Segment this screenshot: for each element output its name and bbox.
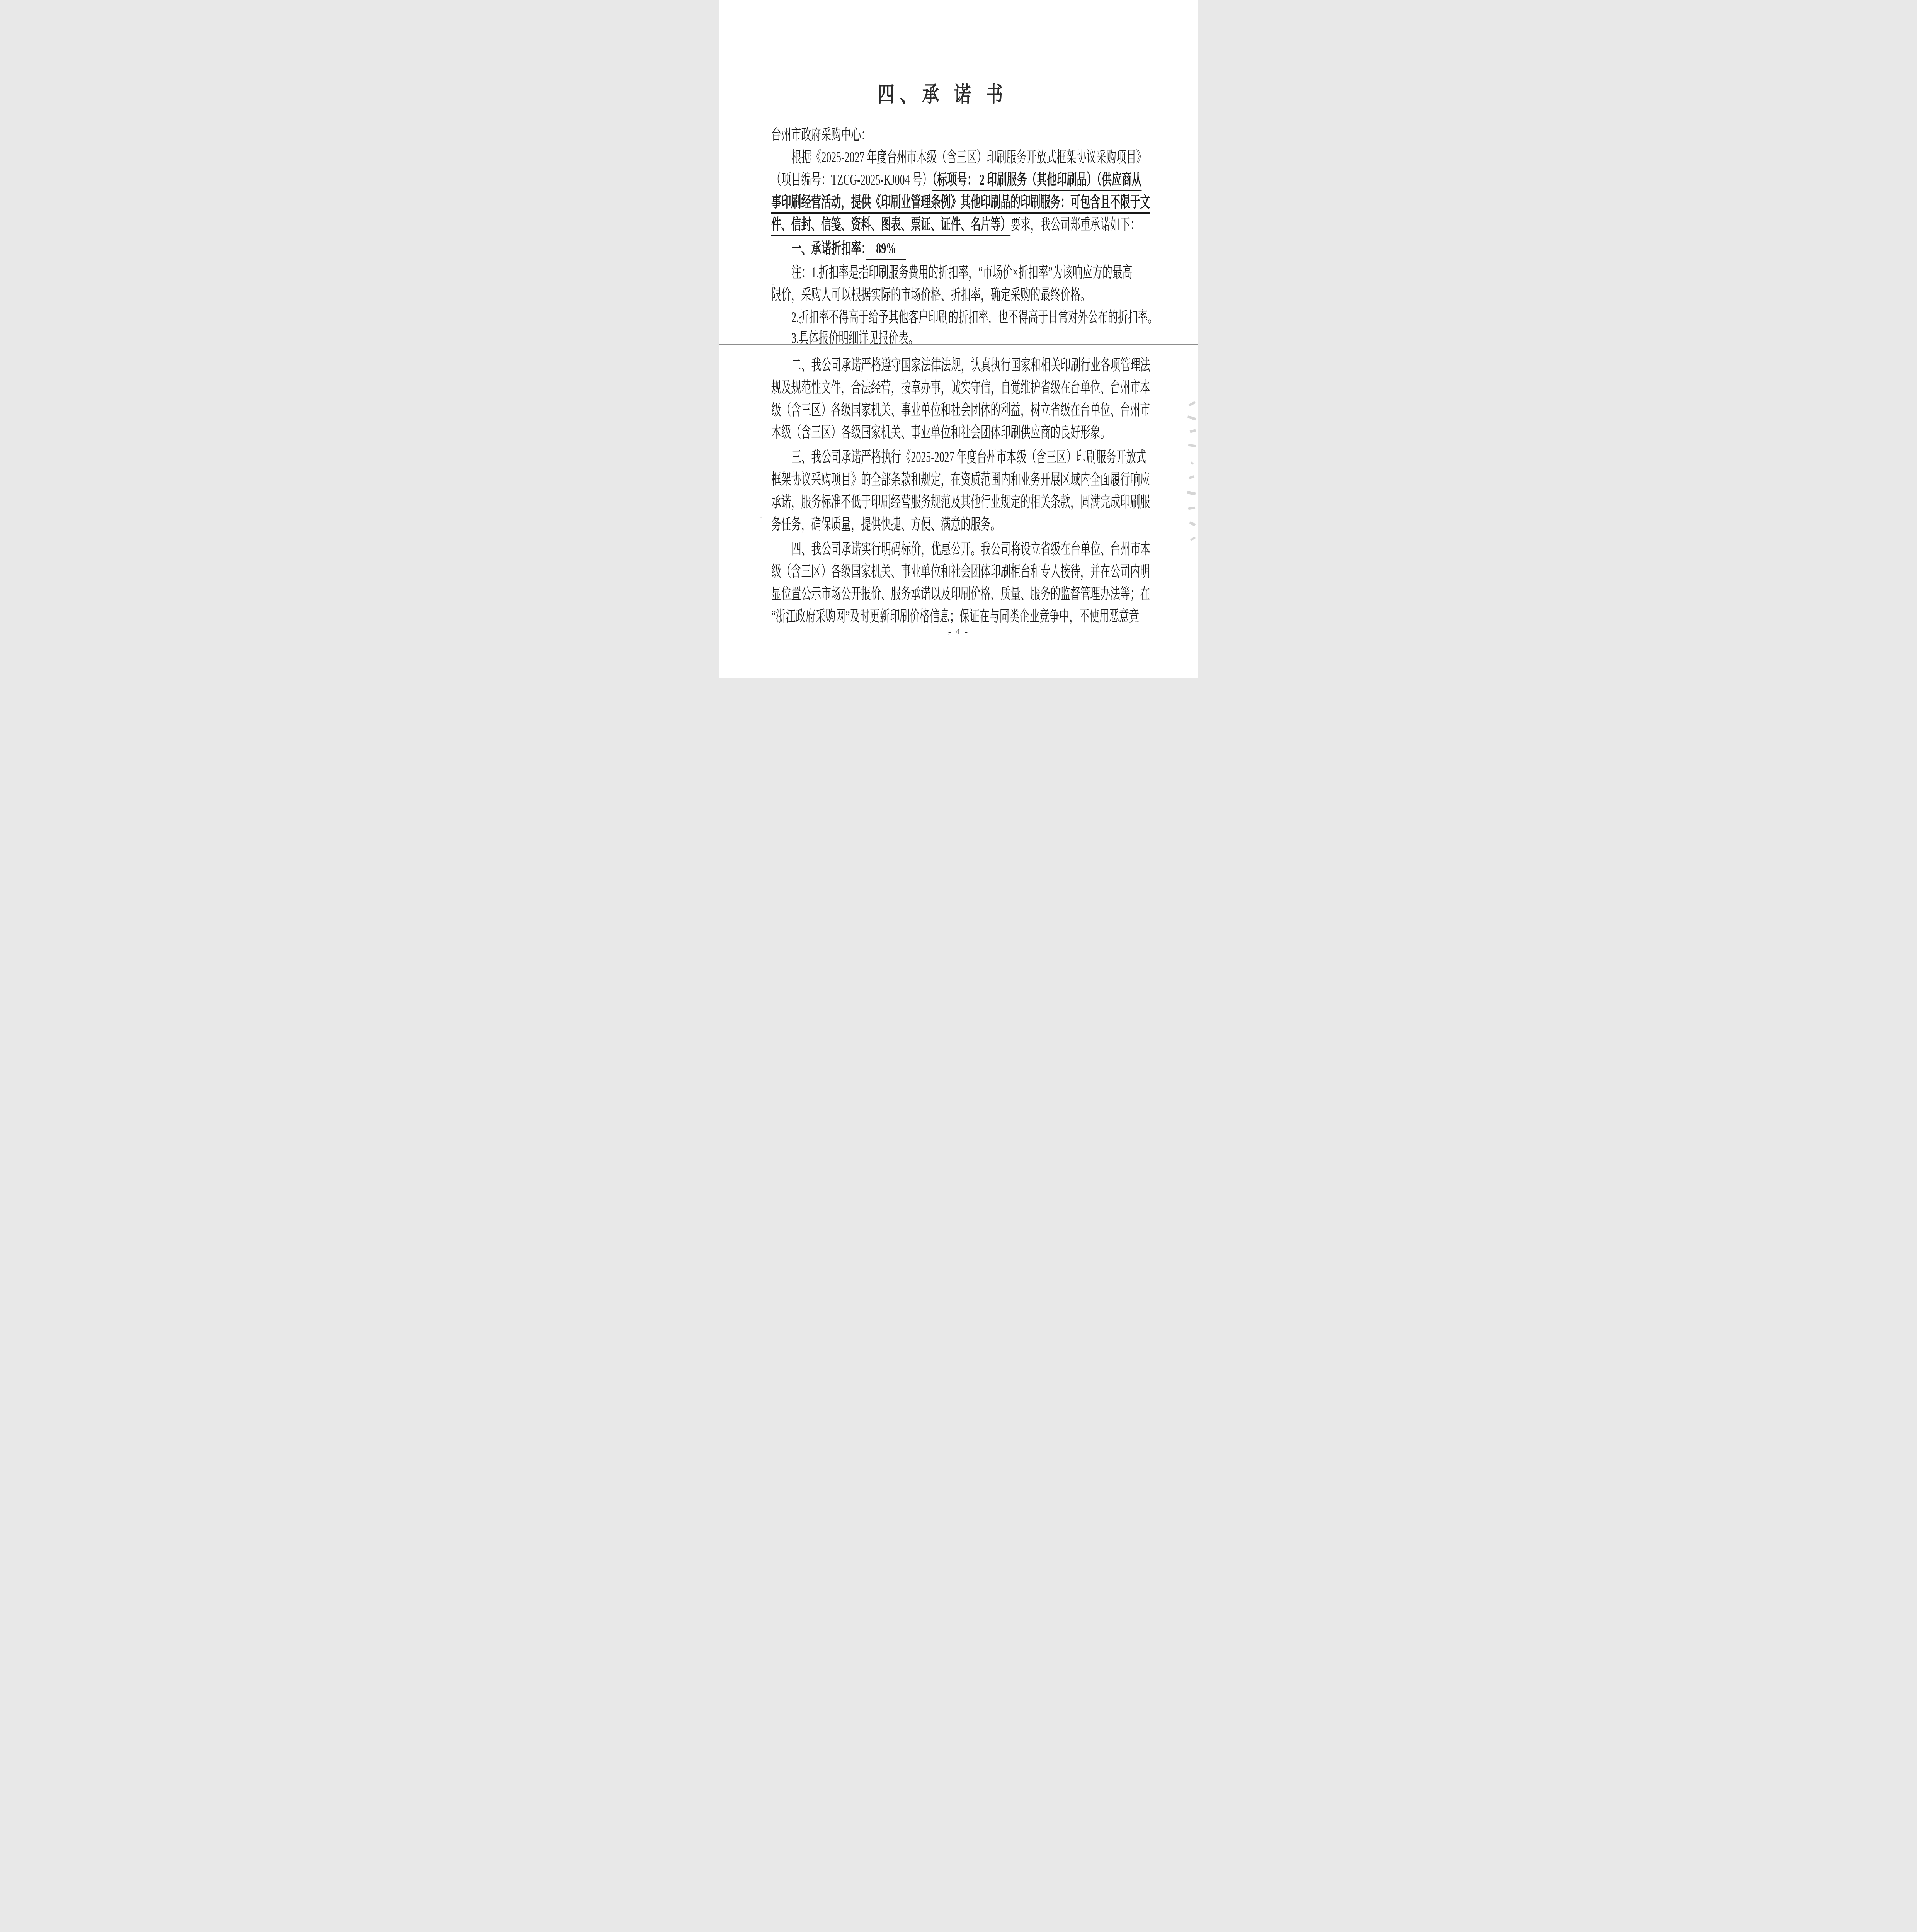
page-number: - 4 - [719, 627, 1198, 637]
scan-speck [948, 634, 949, 635]
text-segment: 2.折扣率不得高于给予其他客户印刷的折扣率，也不得高于日常对外公布的折扣率。 [791, 308, 1158, 326]
line-text: 2.折扣率不得高于给予其他客户印刷的折扣率，也不得高于日常对外公布的折扣率。 [791, 306, 1158, 328]
text-segment: 二、我公司承诺严格遵守国家法律法规，认真执行国家和相关印刷行业各项管理法 [791, 356, 1150, 374]
document-line: 根据《2025-2027 年度台州市本级（含三区）印刷服务开放式框架协议采购项目… [771, 146, 1198, 168]
document-line: 级（含三区）各级国家机关、事业单位和社会团体印刷柜台和专人接待，并在公司内明 [771, 560, 1198, 583]
line-text: 事印刷经营活动，提供《印刷业管理条例》其他印刷品的印刷服务：可包含且不限于文 [771, 191, 1150, 213]
text-segment: 显位置公示市场公开报价、服务承诺以及印刷价格、质量、服务的监督管理办法等；在 [771, 585, 1150, 602]
line-text: 显位置公示市场公开报价、服务承诺以及印刷价格、质量、服务的监督管理办法等；在 [771, 583, 1150, 605]
document-line-discount: 一、承诺折扣率： 89% [771, 237, 969, 260]
line-text: 一、承诺折扣率： 89% [791, 237, 906, 260]
document-line: 三、我公司承诺严格执行《2025-2027 年度台州市本级（含三区）印刷服务开放… [771, 446, 1198, 468]
line-text: 注：1.折扣率是指印刷服务费用的折扣率，“市场价×折扣率”为该响应方的最高 [791, 261, 1132, 284]
line-text: 承诺，服务标准不低于印刷经营服务规范及其他行业规定的相关条款，圆满完成印刷服 [771, 491, 1150, 513]
text-segment: 框架协议采购项目》的全部条款和规定，在资质范围内和业务开展区域内全面履行响应 [771, 471, 1150, 488]
document-line: 限价，采购人可以根据实际的市场价格、折扣率，确定采购的最终价格。 [771, 284, 1198, 306]
document-line: 注：1.折扣率是指印刷服务费用的折扣率，“市场价×折扣率”为该响应方的最高 [771, 261, 1198, 284]
document-line: 显位置公示市场公开报价、服务承诺以及印刷价格、质量、服务的监督管理办法等；在 [771, 583, 1198, 605]
document-line: 2.折扣率不得高于给予其他客户印刷的折扣率，也不得高于日常对外公布的折扣率。 [771, 306, 1198, 328]
line-text: 三、我公司承诺严格执行《2025-2027 年度台州市本级（含三区）印刷服务开放… [791, 446, 1146, 468]
text-segment: 级（含三区）各级国家机关、事业单位和社会团体的利益，树立省级在台单位、台州市 [771, 401, 1150, 418]
line-text: 框架协议采购项目》的全部条款和规定，在资质范围内和业务开展区域内全面履行响应 [771, 468, 1150, 491]
line-text: 根据《2025-2027 年度台州市本级（含三区）印刷服务开放式框架协议采购项目… [791, 146, 1146, 168]
text-segment: 要求，我公司郑重承诺如下： [1010, 216, 1140, 233]
text-segment: 限价，采购人可以根据实际的市场价格、折扣率，确定采购的最终价格。 [771, 286, 1090, 303]
text-segment: 承诺，服务标准不低于印刷经营服务规范及其他行业规定的相关条款，圆满完成印刷服 [771, 493, 1150, 510]
text-segment: “浙江政府采购网”及时更新印刷价格信息；保证在与同类企业竞争中，不使用恶意竞 [771, 607, 1139, 625]
line-text: 级（含三区）各级国家机关、事业单位和社会团体印刷柜台和专人接待，并在公司内明 [771, 560, 1150, 583]
line-text: 级（含三区）各级国家机关、事业单位和社会团体的利益，树立省级在台单位、台州市 [771, 399, 1150, 421]
line-text: 台州市政府采购中心： [771, 124, 871, 146]
line-text: 务任务，确保质量，提供快捷、方便、满意的服务。 [771, 513, 1000, 536]
scan-speck [772, 284, 774, 285]
document-line: 规及规范性文件，合法经营，按章办事，诚实守信，自觉维护省级在台单位、台州市本 [771, 376, 1198, 399]
scan-edge-line [1196, 393, 1196, 545]
text-segment: 级（含三区）各级国家机关、事业单位和社会团体印刷柜台和专人接待，并在公司内明 [771, 563, 1150, 580]
scan-artifact-line [719, 344, 1198, 345]
document-line: 务任务，确保质量，提供快捷、方便、满意的服务。 [771, 513, 1127, 536]
document-line: 事印刷经营活动，提供《印刷业管理条例》其他印刷品的印刷服务：可包含且不限于文 [771, 191, 1198, 213]
document-line: 框架协议采购项目》的全部条款和规定，在资质范围内和业务开展区域内全面履行响应 [771, 468, 1198, 491]
document-line: 二、我公司承诺严格遵守国家法律法规，认真执行国家和相关印刷行业各项管理法 [771, 354, 1198, 376]
document-page: 四、承 诺 书 台州市政府采购中心： 根据《2025-2027 年度台州市本级（… [719, 0, 1198, 678]
text-segment: 本级（含三区）各级国家机关、事业单位和社会团体印刷供应商的良好形象。 [771, 423, 1110, 441]
text-segment: 务任务，确保质量，提供快捷、方便、满意的服务。 [771, 515, 1000, 533]
document-line: 台州市政府采购中心： [771, 124, 926, 146]
text-segment: 件、信封、信笺、资料、图表、票证、证件、名片等） [771, 216, 1010, 236]
document-line: 件、信封、信笺、资料、图表、票证、证件、名片等）要求，我公司郑重承诺如下： [771, 213, 1198, 236]
document-line: 承诺，服务标准不低于印刷经营服务规范及其他行业规定的相关条款，圆满完成印刷服 [771, 491, 1198, 513]
text-segment: 注：1.折扣率是指印刷服务费用的折扣率，“市场价×折扣率”为该响应方的最高 [791, 264, 1132, 281]
line-text: 规及规范性文件，合法经营，按章办事，诚实守信，自觉维护省级在台单位、台州市本 [771, 376, 1150, 399]
text-segment: 事印刷经营活动，提供《印刷业管理条例》其他印刷品的印刷服务：可包含且不限于文 [771, 193, 1150, 214]
text-segment: 四、我公司承诺实行明码标价，优惠公开。我公司将设立省级在台单位、台州市本 [791, 540, 1150, 558]
line-text: 二、我公司承诺严格遵守国家法律法规，认真执行国家和相关印刷行业各项管理法 [791, 354, 1150, 376]
text-segment: 根据《2025-2027 年度台州市本级（含三区）印刷服务开放式框架协议采购项目… [791, 148, 1146, 166]
document-line: “浙江政府采购网”及时更新印刷价格信息；保证在与同类企业竞争中，不使用恶意竞 [771, 605, 1198, 628]
document-line: 四、我公司承诺实行明码标价，优惠公开。我公司将设立省级在台单位、台州市本 [771, 538, 1198, 560]
document-line: 本级（含三区）各级国家机关、事业单位和社会团体印刷供应商的良好形象。 [771, 421, 1198, 444]
document-line: 3.具体报价明细详见报价表。 [771, 327, 988, 349]
page-title: 四、承 诺 书 [878, 77, 1009, 108]
scan-smudge [1189, 521, 1196, 526]
line-text: 3.具体报价明细详见报价表。 [791, 327, 919, 349]
document-line: （项目编号：TZCG-2025-KJ004 号）（标项号： 2 印刷服务（其他印… [771, 168, 1198, 191]
text-segment: 台州市政府采购中心： [771, 126, 871, 143]
scan-speck [760, 517, 762, 518]
text-segment: 三、我公司承诺严格执行《2025-2027 年度台州市本级（含三区）印刷服务开放… [791, 448, 1146, 466]
line-text: 四、我公司承诺实行明码标价，优惠公开。我公司将设立省级在台单位、台州市本 [791, 538, 1150, 560]
document-line: 级（含三区）各级国家机关、事业单位和社会团体的利益，树立省级在台单位、台州市 [771, 399, 1198, 421]
line-text: （项目编号：TZCG-2025-KJ004 号）（标项号： 2 印刷服务（其他印… [771, 168, 1141, 191]
text-segment: （标项号： 2 印刷服务（其他印刷品）（供应商从 [932, 171, 1141, 191]
text-segment: 89% [866, 240, 906, 260]
line-text: 件、信封、信笺、资料、图表、票证、证件、名片等）要求，我公司郑重承诺如下： [771, 213, 1140, 236]
line-text: “浙江政府采购网”及时更新印刷价格信息；保证在与同类企业竞争中，不使用恶意竞 [771, 605, 1139, 628]
line-text: 限价，采购人可以根据实际的市场价格、折扣率，确定采购的最终价格。 [771, 284, 1090, 306]
text-segment: 规及规范性文件，合法经营，按章办事，诚实守信，自觉维护省级在台单位、台州市本 [771, 379, 1150, 396]
text-segment: （项目编号：TZCG-2025-KJ004 号） [771, 171, 932, 188]
text-segment: 一、承诺折扣率： [791, 240, 866, 257]
line-text: 本级（含三区）各级国家机关、事业单位和社会团体印刷供应商的良好形象。 [771, 421, 1110, 444]
